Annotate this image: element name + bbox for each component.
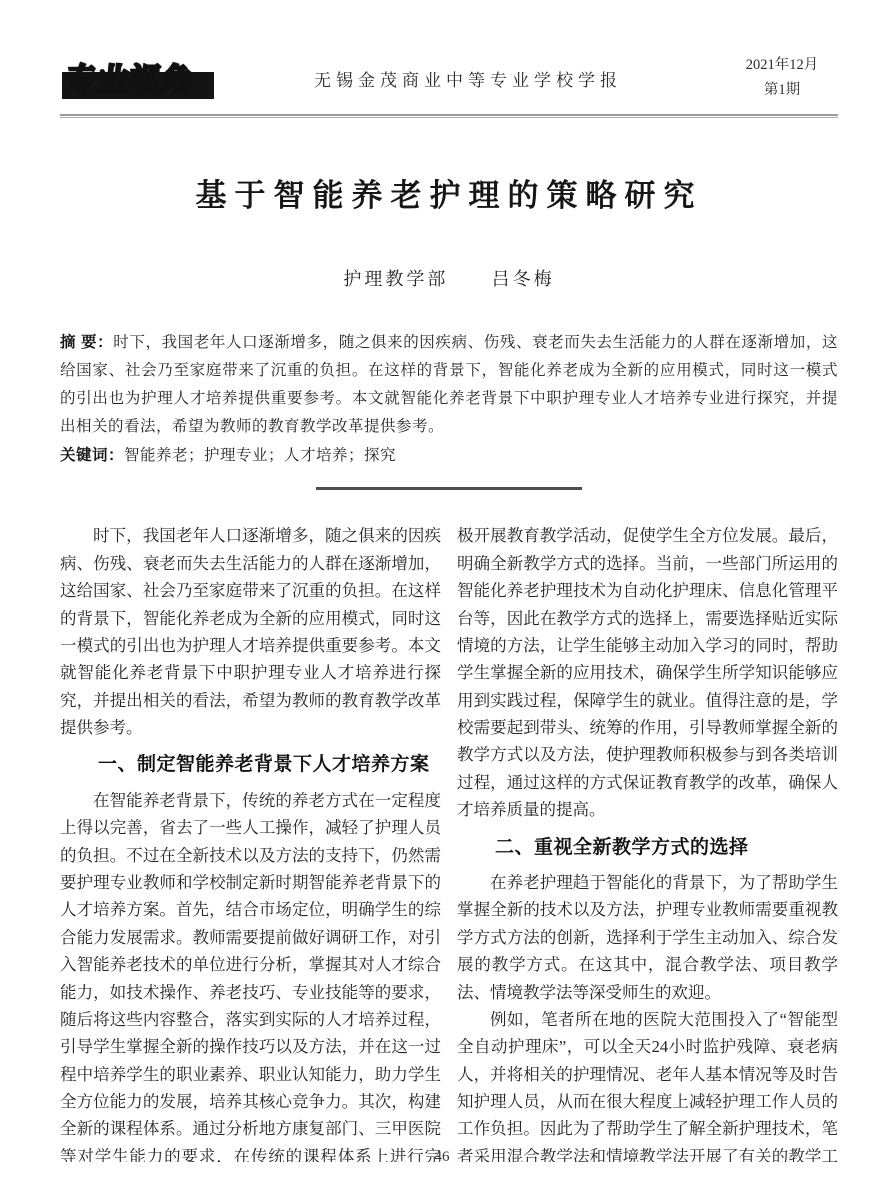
author-department: 护理教学部: [343, 269, 448, 289]
paragraph-section2-example: 例如，笔者所在地的医院大范围投入了“智能型全自动护理床”，可以全天24小时监护残…: [457, 1006, 838, 1163]
article-body: 时下，我国老年人口逐渐增多，随之俱来的因疾病、伤残、衰老而失去生活能力的人群在逐…: [60, 522, 838, 1162]
abstract-divider: [316, 487, 582, 490]
left-column: 时下，我国老年人口逐渐增多，随之俱来的因疾病、伤残、衰老而失去生活能力的人群在逐…: [60, 522, 441, 1162]
page-footer: 46: [0, 1149, 884, 1166]
paragraph-section1: 在智能养老背景下，传统的养老方式在一定程度上得以完善，省去了一些人工操作，减轻了…: [60, 787, 441, 1163]
issue-number: 第1期: [726, 78, 838, 103]
paragraph-section1-continued: 极开展教育教学活动，促使学生全方位发展。最后，明确全新教学方式的选择。当前，一些…: [457, 522, 838, 823]
journal-section-logo-text: 专业视角: [64, 54, 197, 99]
abstract: 摘 要：时下，我国老年人口逐渐增多，随之俱来的因疾病、伤残、衰老而失去生活能力的…: [60, 329, 838, 469]
article-byline: 护理教学部吕冬梅: [60, 265, 838, 291]
header-divider: [60, 114, 838, 118]
issue-date: 2021年12月: [726, 53, 838, 78]
paragraph-intro: 时下，我国老年人口逐渐增多，随之俱来的因疾病、伤残、衰老而失去生活能力的人群在逐…: [60, 522, 441, 741]
article-title: 基于智能养老护理的策略研究: [60, 170, 838, 215]
journal-section-logo: 专业视角: [60, 50, 230, 106]
journal-page: 专业视角 无锡金茂商业中等专业学校学报 2021年12月 第1期 基于智能养老护…: [0, 0, 884, 1200]
section-heading-2: 二、重视全新教学方式的选择: [457, 833, 838, 862]
keywords-label: 关键词：: [60, 447, 124, 464]
page-number: 46: [435, 1149, 450, 1165]
author-name: 吕冬梅: [492, 269, 555, 289]
section-heading-1: 一、制定智能养老背景下人才培养方案: [60, 750, 441, 779]
page-header: 专业视角 无锡金茂商业中等专业学校学报 2021年12月 第1期: [60, 48, 838, 108]
abstract-label: 摘 要：: [60, 334, 113, 351]
journal-title: 无锡金茂商业中等专业学校学报: [230, 66, 726, 91]
abstract-text: 时下，我国老年人口逐渐增多，随之俱来的因疾病、伤残、衰老而失去生活能力的人群在逐…: [60, 334, 838, 435]
paragraph-section2: 在养老护理趋于智能化的背景下，为了帮助学生掌握全新的技术以及方法，护理专业教师需…: [457, 869, 838, 1006]
keywords: 关键词：智能养老；护理专业；人才培养；探究: [60, 442, 838, 470]
keywords-text: 智能养老；护理专业；人才培养；探究: [124, 447, 396, 464]
issue-info: 2021年12月 第1期: [726, 53, 838, 102]
right-column: 极开展教育教学活动，促使学生全方位发展。最后，明确全新教学方式的选择。当前，一些…: [457, 522, 838, 1162]
